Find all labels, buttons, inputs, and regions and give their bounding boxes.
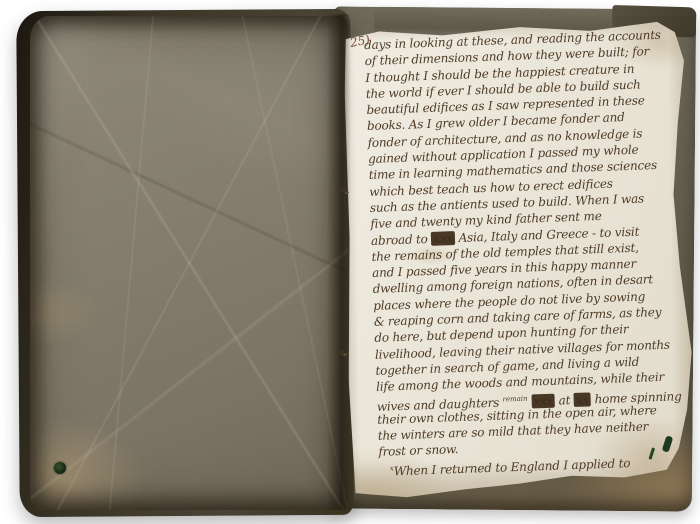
front-cover: [30, 16, 348, 510]
cover-crease-texture: [30, 16, 348, 510]
manuscript-page: 25) days in looking at these, and readin…: [337, 18, 696, 501]
photo-canvas: 25) days in looking at these, and readin…: [0, 0, 700, 524]
binding-stitch: [340, 188, 347, 193]
green-stain: [54, 462, 66, 474]
handwritten-text: days in looking at these, and reading th…: [364, 26, 689, 477]
binding-stitch: [338, 350, 345, 355]
